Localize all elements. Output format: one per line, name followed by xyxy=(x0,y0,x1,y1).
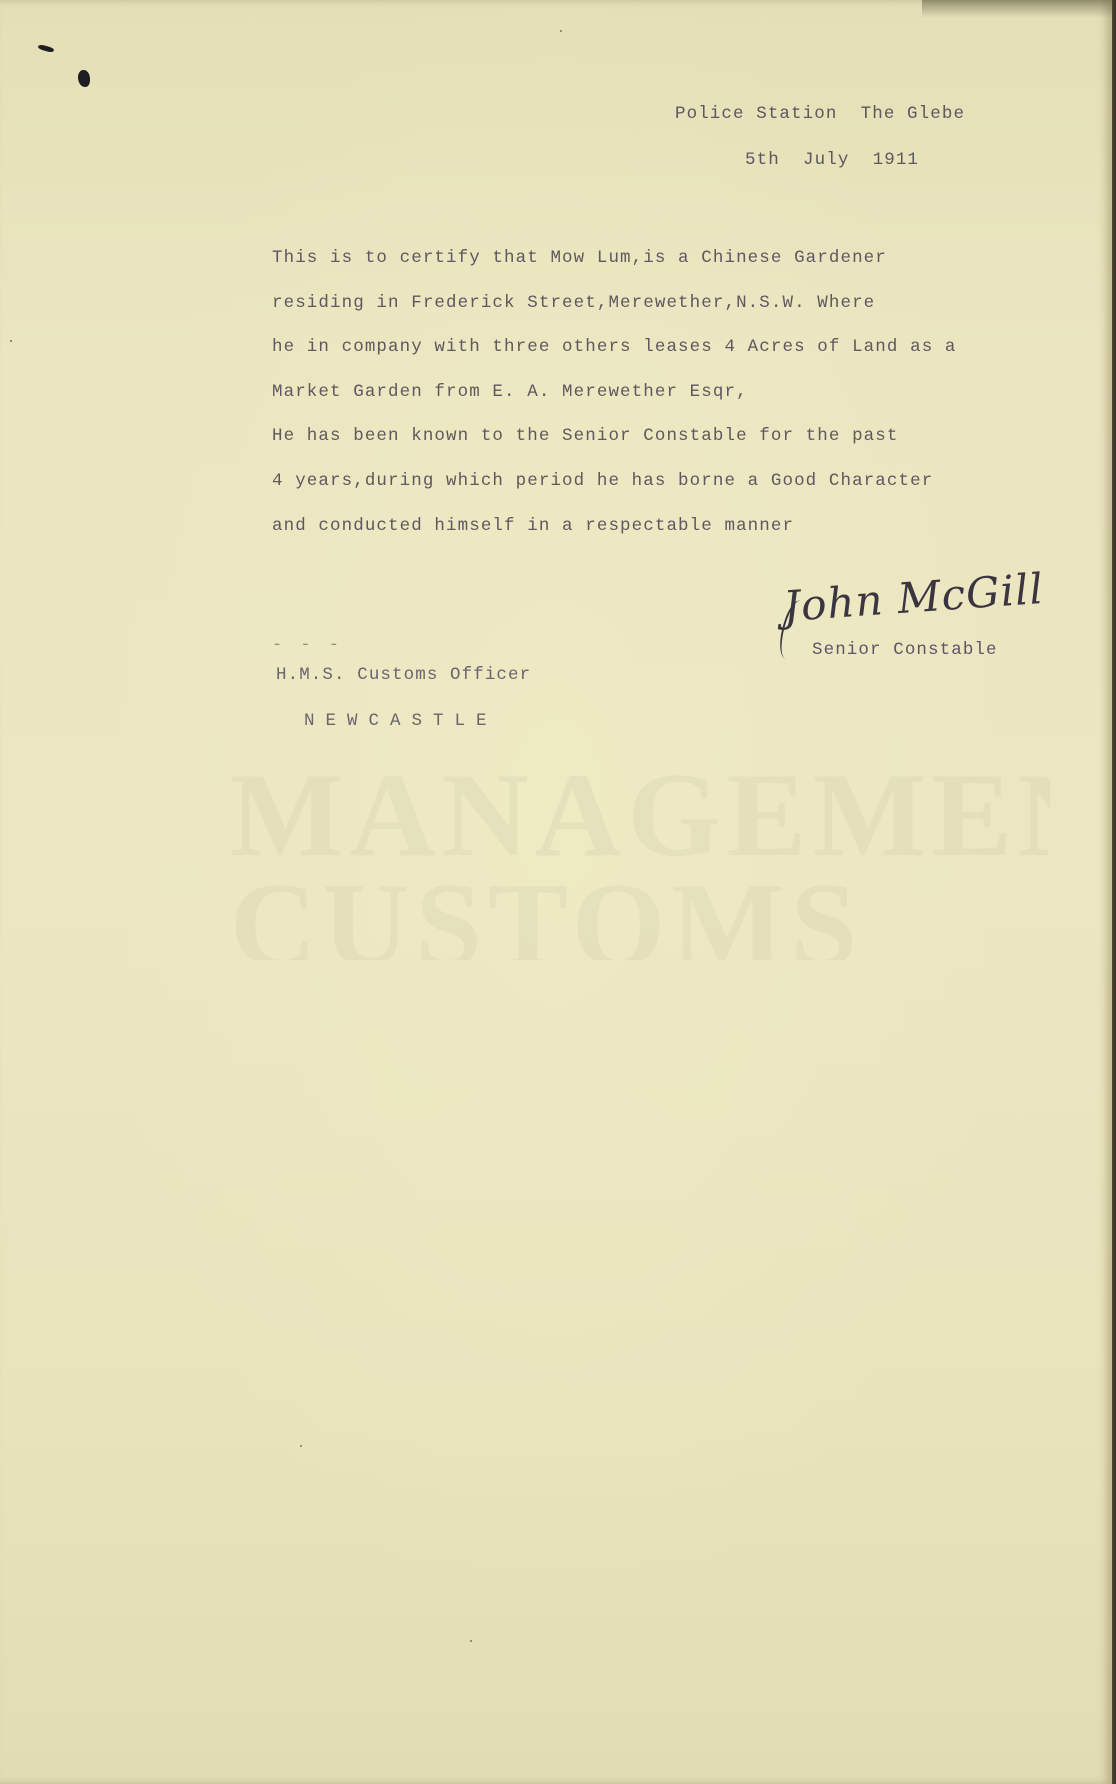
body-line-6: 4 years,during which period he has borne… xyxy=(272,471,933,491)
scan-shadow-top xyxy=(922,0,1112,18)
scanned-document-page: MANAGEMENT CUSTOMS Police Station The Gl… xyxy=(0,0,1112,1784)
body-line-4: Market Garden from E. A. Merewether Esqr… xyxy=(272,382,748,402)
paper-speck xyxy=(10,340,12,342)
show-through-ghost-text: MANAGEMENT CUSTOMS xyxy=(230,760,1050,960)
paper-speck xyxy=(470,1640,472,1642)
page-edge xyxy=(1112,0,1116,1784)
paper-speck xyxy=(560,30,562,32)
addressee-line-1: H.M.S. Customs Officer xyxy=(276,665,531,685)
body-line-3: he in company with three others leases 4… xyxy=(272,337,957,357)
body-line-7: and conducted himself in a respectable m… xyxy=(272,516,794,536)
body-line-2: residing in Frederick Street,Merewether,… xyxy=(272,293,875,313)
signature-title: Senior Constable xyxy=(812,640,998,660)
separator-dashes: - - - xyxy=(272,636,343,655)
paper-speck xyxy=(300,1445,302,1447)
handwritten-signature: John McGill xyxy=(782,564,1046,631)
header-date: 5th July 1911 xyxy=(745,150,919,170)
signature-flourish xyxy=(773,598,812,662)
addressee-line-2: NEWCASTLE xyxy=(304,711,498,731)
ink-mark xyxy=(78,70,90,87)
body-line-5: He has been known to the Senior Constabl… xyxy=(272,426,899,446)
ink-mark xyxy=(38,44,55,53)
body-line-1: This is to certify that Mow Lum,is a Chi… xyxy=(272,248,887,268)
header-location: Police Station The Glebe xyxy=(675,104,965,124)
